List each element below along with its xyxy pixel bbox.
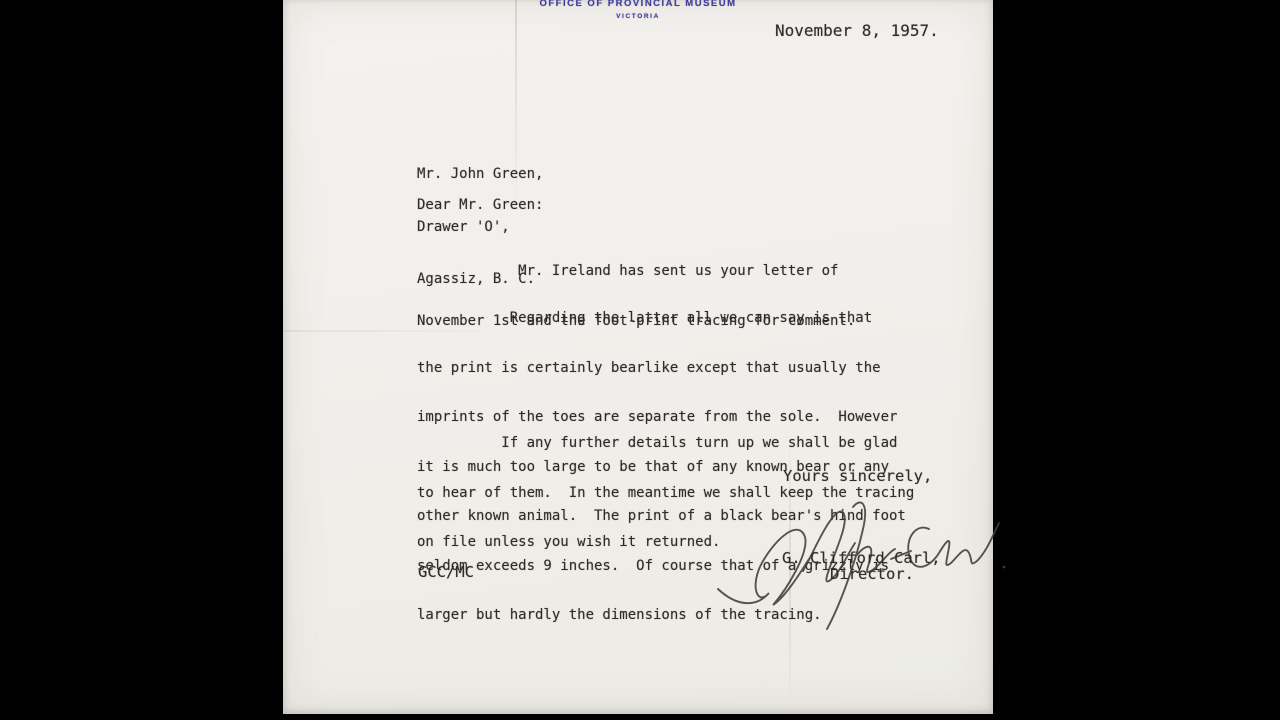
body-line: the print is certainly bearlike except t… — [417, 360, 906, 377]
typed-signature-title: Director. — [830, 566, 914, 583]
body-line: If any further details turn up we shall … — [417, 435, 914, 452]
complimentary-closing: Yours sincerely, — [783, 468, 932, 485]
letterhead-office-line: OFFICE OF PROVINCIAL MUSEUM — [283, 0, 993, 9]
letterhead: OFFICE OF PROVINCIAL MUSEUM VICTORIA — [283, 0, 993, 20]
letter-paper: OFFICE OF PROVINCIAL MUSEUM VICTORIA Nov… — [283, 0, 993, 714]
body-line: Regarding the latter all we can say is t… — [417, 310, 906, 327]
letterhead-city-line: VICTORIA — [283, 13, 993, 20]
letter-date: November 8, 1957. — [775, 23, 939, 40]
salutation: Dear Mr. Green: — [417, 197, 543, 214]
recipient-line: Mr. John Green, — [417, 166, 543, 184]
video-frame: OFFICE OF PROVINCIAL MUSEUM VICTORIA Nov… — [0, 0, 1280, 720]
typist-reference: GCC/MC — [418, 564, 474, 581]
